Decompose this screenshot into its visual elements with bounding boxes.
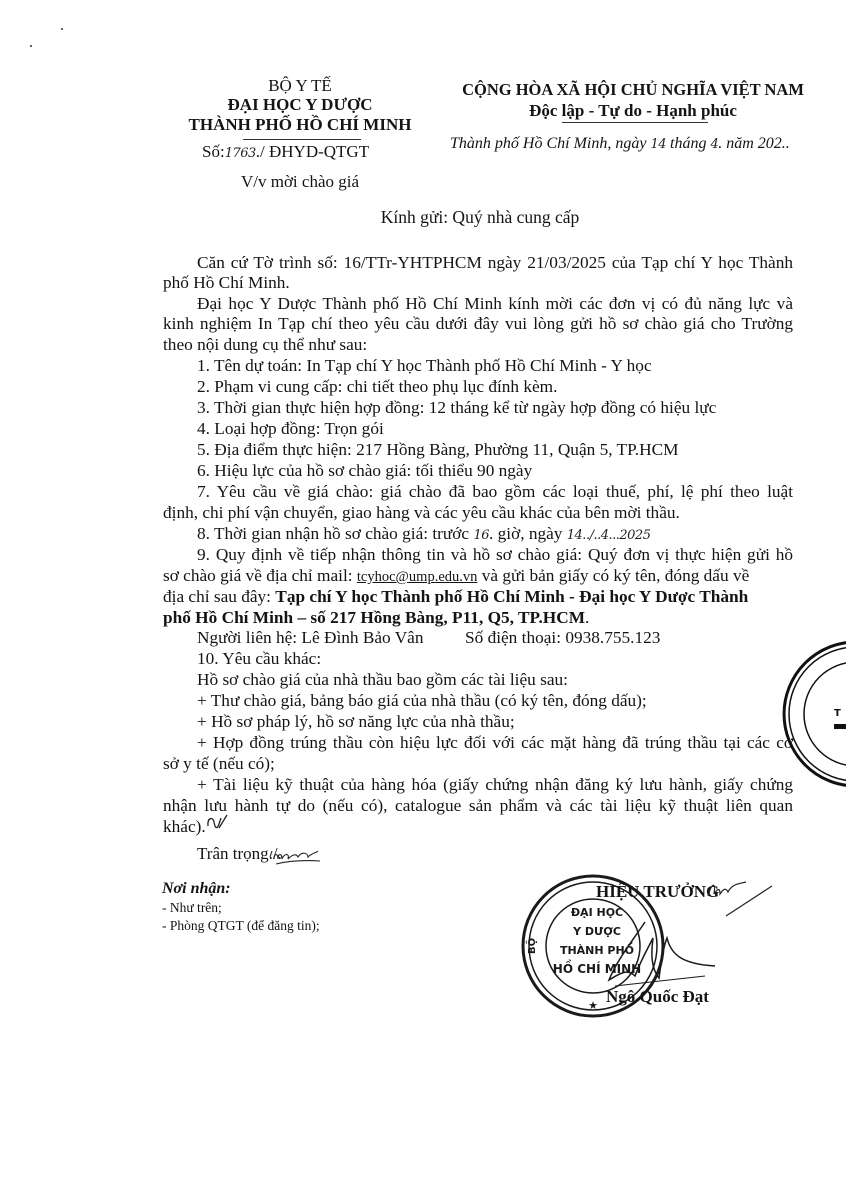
requirement-4-line3: khác). <box>163 816 206 837</box>
closing-initials-scribble-icon <box>268 845 324 867</box>
item-9-text-2: và gửi bản giấy có ký tên, đóng dấu về <box>477 566 749 585</box>
requirement-3-line1: + Hợp đồng trúng thầu còn hiệu lực đối v… <box>163 732 793 753</box>
document-date: Thành phố Hồ Chí Minh, ngày 14 tháng 4. … <box>450 135 790 153</box>
item-8-hour-handwritten: 16 <box>473 528 489 543</box>
doc-number-code: ./ ĐHYD-QTGT <box>256 142 369 161</box>
motto-underline <box>562 122 708 123</box>
date-month-label: tháng <box>666 135 710 152</box>
item-9-address-label: địa chỉ sau đây: <box>163 587 275 606</box>
university-name-line2: THÀNH PHỐ HỒ CHÍ MINH <box>150 115 450 135</box>
item-9-email-label: sơ chào giá về địa chỉ mail: <box>163 566 357 585</box>
item-8-label: 8. Thời gian nhận hồ sơ chào giá: trước <box>197 524 473 543</box>
invitation-line3: theo nội dung cụ thể như sau: <box>163 334 367 355</box>
item-7-line1: 7. Yêu cầu về giá chào: giá chào đã bao … <box>163 481 793 502</box>
item-9-line1: 9. Quy định về tiếp nhận thông tin và hồ… <box>163 544 793 565</box>
item-9-line2: sơ chào giá về địa chỉ mail: tcyhoc@ump.… <box>163 565 749 588</box>
item-9-line3: địa chỉ sau đây: Tạp chí Y học Thành phố… <box>163 586 748 607</box>
basis-text-1: Căn cứ Tờ trình số: 16/TTr-YHTPHCM ngày … <box>197 253 793 272</box>
email-link[interactable]: tcyhoc@ump.edu.vn <box>357 569 477 585</box>
requirement-4-line1: + Tài liệu kỹ thuật của hàng hóa (giấy c… <box>163 774 793 795</box>
item-9-text-1: 9. Quy định về tiếp nhận thông tin và hồ… <box>197 545 793 564</box>
recipients-title: Nơi nhận: <box>162 880 231 898</box>
contact-phone: Số điện thoại: 0938.755.123 <box>465 627 660 648</box>
ministry-name: BỘ Y TẾ <box>180 76 420 96</box>
invitation-line1: Đại học Y Dược Thành phố Hồ Chí Minh kín… <box>163 293 793 314</box>
header-left-underline <box>243 139 361 140</box>
recipient-2: - Phòng QTGT (để đăng tin); <box>162 918 320 934</box>
document-subject: V/v mời chào giá <box>180 172 420 192</box>
item-7-text-1: 7. Yêu cầu về giá chào: giá chào đã bao … <box>197 482 793 501</box>
item-5: 5. Địa điểm thực hiện: 217 Hồng Bàng, Ph… <box>197 439 679 460</box>
signer-title: HIỆU TRƯỞNG <box>596 882 719 902</box>
item-9-address-1: Tạp chí Y học Thành phố Hồ Chí Minh - Đạ… <box>275 587 748 606</box>
item-8: 8. Thời gian nhận hồ sơ chào giá: trước … <box>197 523 650 546</box>
salutation: Kính gửi: Quý nhà cung cấp <box>160 207 800 228</box>
item-3: 3. Thời gian thực hiện hợp đồng: 12 thán… <box>197 397 716 418</box>
requirement-3-text-1: + Hợp đồng trúng thầu còn hiệu lực đối v… <box>197 733 793 752</box>
svg-text:★: ★ <box>588 999 598 1012</box>
country-name: CỘNG HÒA XÃ HỘI CHỦ NGHĨA VIỆT NAM <box>440 80 826 100</box>
date-year: . năm 202.. <box>718 135 790 152</box>
doc-number-label: Số: <box>202 142 225 161</box>
scan-speck <box>61 28 63 30</box>
basis-line2: phố Hồ Chí Minh. <box>163 272 290 293</box>
item-4: 4. Loại hợp đồng: Trọn gói <box>197 418 384 439</box>
requirement-4-line2: nhận lưu hành tự do (nếu có), catalogue … <box>163 795 793 816</box>
requirement-1: + Thư chào giá, bảng báo giá của nhà thầ… <box>197 690 647 711</box>
item-8-date-label: . giờ, ngày <box>489 524 567 543</box>
scan-speck <box>30 45 32 47</box>
item-6: 6. Hiệu lực của hồ sơ chào giá: tối thiể… <box>197 460 532 481</box>
svg-text:T: T <box>834 708 841 719</box>
item-8-date-handwritten: 14../..4...2025 <box>567 528 651 543</box>
item-9-address-2: phố Hồ Chí Minh – số 217 Hồng Bàng, P11,… <box>163 608 585 627</box>
item-10-intro: Hồ sơ chào giá của nhà thầu bao gồm các … <box>197 669 568 690</box>
item-10: 10. Yêu cầu khác: <box>197 648 321 669</box>
stamp-line-1: ĐẠI HỌC <box>552 906 642 919</box>
document-number: Số:1763./ ĐHYD-QTGT <box>202 142 369 162</box>
doc-number-handwritten: 1763 <box>225 146 256 161</box>
invitation-line2: kinh nghiệm In Tạp chí theo yêu cầu dưới… <box>163 313 793 334</box>
basis-line1: Căn cứ Tờ trình số: 16/TTr-YHTPHCM ngày … <box>163 252 793 273</box>
signer-name: Ngô Quốc Đạt <box>606 987 709 1007</box>
item-1: 1. Tên dự toán: In Tạp chí Y học Thành p… <box>197 355 652 376</box>
requirement-4-text-1: + Tài liệu kỹ thuật của hàng hóa (giấy c… <box>197 775 793 794</box>
date-prefix: Thành phố Hồ Chí Minh, ngày <box>450 135 650 152</box>
item-9-line4: phố Hồ Chí Minh – số 217 Hồng Bàng, P11,… <box>163 607 589 628</box>
signer-initials-icon <box>706 876 776 926</box>
svg-text:BỘ: BỘ <box>525 938 538 954</box>
invitation-text-1: Đại học Y Dược Thành phố Hồ Chí Minh kín… <box>197 294 793 313</box>
item-2: 2. Phạm vi cung cấp: chi tiết theo phụ l… <box>197 376 557 397</box>
item-9-period: . <box>585 608 589 627</box>
partial-stamp-edge-icon: T <box>796 640 846 790</box>
national-motto: Độc lập - Tự do - Hạnh phúc <box>440 101 826 121</box>
date-day-handwritten: 14 <box>650 137 666 152</box>
requirement-2: + Hồ sơ pháp lý, hồ sơ năng lực của nhà … <box>197 711 515 732</box>
contact-person: Người liên hệ: Lê Đình Bảo Vân <box>197 627 423 648</box>
university-name-line1: ĐẠI HỌC Y DƯỢC <box>160 95 440 115</box>
recipient-1: - Như trên; <box>162 900 222 916</box>
initials-scribble-icon <box>205 812 231 836</box>
requirement-3-line2: sở y tế (nếu có); <box>163 753 275 774</box>
item-7-line2: định, chi phí vận chuyển, giao hàng và c… <box>163 502 680 523</box>
